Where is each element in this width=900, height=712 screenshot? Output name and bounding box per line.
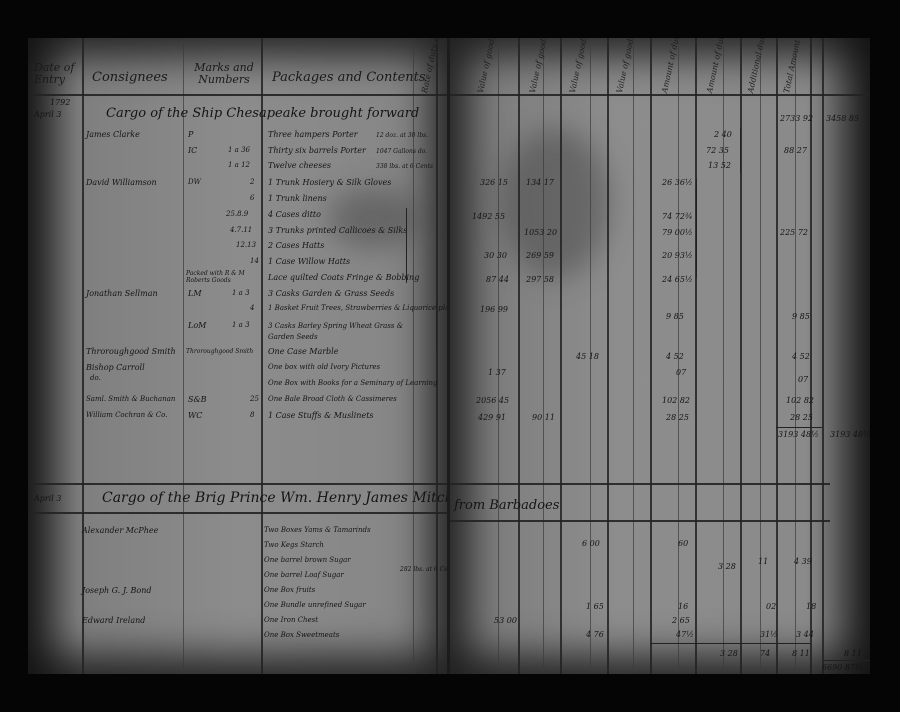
value-7-5pct: 297 58	[526, 275, 554, 284]
column-rule	[607, 38, 609, 674]
section-title: Cargo of the Ship Chesapeake brought for…	[106, 106, 419, 121]
contents: Thirty six barrels Porter	[268, 146, 366, 155]
numbers: 25.8.9	[226, 210, 248, 218]
contents: Two Kegs Starch	[264, 541, 324, 549]
right-ledger-page: Value of goods subject to 5 per cent Val…	[450, 38, 870, 674]
contents: One Case Marble	[268, 347, 338, 356]
consignee: William Cochran & Co.	[86, 411, 167, 419]
column-rule	[776, 38, 778, 674]
contents: 1 Case Stuffs & Muslinets	[268, 411, 374, 420]
numbers: 25	[250, 395, 259, 403]
quantity: 12 doz. at 30 lbs.	[376, 132, 428, 139]
column-rule	[261, 38, 263, 674]
section-rule	[450, 483, 830, 485]
quantity: 338 lbs. at 6 Cents	[376, 163, 433, 170]
header-marks: Marks and Numbers	[190, 62, 258, 86]
section-subtotal: 8 11	[792, 649, 810, 658]
column-rule	[760, 38, 761, 674]
value-7-5pct: 134 17	[526, 178, 554, 187]
column-rule	[82, 38, 84, 674]
adval-duty: 79 00½	[662, 228, 693, 237]
contents: Three hampers Porter	[268, 130, 358, 139]
contents: 1 Case Willow Hatts	[268, 257, 350, 266]
header-packages: Packages and Contents	[272, 72, 426, 84]
section-title-continued: from Barbadoes	[454, 498, 559, 513]
column-rule	[436, 38, 438, 674]
contents: Twelve cheeses	[268, 161, 331, 170]
contents: One Iron Chest	[264, 616, 318, 624]
column-rule	[810, 38, 812, 674]
ink-stain	[500, 128, 610, 278]
column-rule	[695, 38, 697, 674]
row-total: 9 85	[792, 312, 810, 321]
value-7-5pct: 269 59	[526, 251, 554, 260]
left-ledger-page: Date of Entry Consignees Marks and Numbe…	[28, 38, 448, 674]
value-5pct: 429 91	[478, 413, 506, 422]
section-carried: 3193 48½	[830, 430, 870, 439]
mark: IC	[188, 146, 197, 155]
row-total: 07	[798, 375, 808, 384]
value-5pct: 87 44	[486, 275, 509, 284]
section-rule	[450, 520, 830, 522]
adval-duty: 24 65½	[662, 275, 693, 284]
section-rule	[28, 483, 448, 485]
consignee: Jonathan Sellman	[86, 289, 158, 298]
section-title: Cargo of the Brig Prince Wm. Henry James…	[102, 490, 448, 506]
adval-duty: 74 72¾	[662, 212, 693, 221]
mark: P	[188, 130, 193, 139]
column-rule	[518, 38, 520, 674]
carried-total: 3458 85	[826, 114, 859, 123]
value-12-5pct: 6 00	[582, 539, 600, 548]
column-rule	[498, 38, 499, 674]
foreign-duty: 02	[766, 602, 776, 611]
value-5pct: 53 00	[494, 616, 517, 625]
numbers: 1 a 12	[228, 161, 250, 169]
numbers: 6	[250, 194, 254, 202]
value-5pct: 1492 55	[472, 212, 505, 221]
enum-duty: 13 52	[708, 161, 731, 170]
contents: 3 Casks Barley Spring Wheat Grass & Gard…	[268, 321, 418, 343]
numbers: 1 a 3	[232, 321, 250, 329]
numbers: 1 a 36	[228, 146, 250, 154]
contents: Two Boxes Yams & Tamarinds	[264, 526, 371, 534]
adval-duty: 60	[678, 539, 688, 548]
consignee: Edward Ireland	[82, 616, 145, 625]
mark: Throroughgood Smith	[186, 348, 253, 355]
row-total: 18	[806, 602, 816, 611]
mark-note: Packed with R & M Roberts Goods	[186, 270, 256, 284]
adval-duty: 102 82	[662, 396, 690, 405]
value-5pct: 30 30	[484, 251, 507, 260]
mark: DW	[188, 178, 201, 186]
value-12-5pct: 1 65	[586, 602, 604, 611]
consignee: David Williamson	[86, 178, 157, 187]
quantity: 1047 Gallons do.	[376, 148, 427, 155]
adval-duty: 26 36½	[662, 178, 693, 187]
brace-mark	[696, 178, 697, 278]
sum-rule	[822, 660, 870, 661]
sum-rule	[650, 643, 810, 644]
adval-duty: 2 65	[672, 616, 690, 625]
value-10pct: 45 18	[576, 352, 599, 361]
mark: LoM	[188, 321, 206, 330]
contents: 3 Trunks printed Callicoes & Silks	[268, 226, 407, 235]
row-total: 4 39	[794, 557, 812, 566]
row-total: 3 44	[796, 630, 814, 639]
contents: One Box Sweetmeats	[264, 631, 339, 639]
ink-stain	[328, 188, 418, 248]
header-date: Date of Entry	[34, 62, 78, 86]
grand-total: 6690 87½	[822, 663, 863, 672]
brace-mark	[740, 128, 741, 173]
date-year: 1792	[50, 98, 70, 107]
header-rate: Rate of duty on enumerated Articles	[420, 38, 448, 94]
sum-rule	[776, 427, 822, 428]
contents: One barrel brown Sugar	[264, 556, 351, 564]
foreign-duty: 11	[758, 557, 768, 566]
contents: One Bundle unrefined Sugar	[264, 601, 366, 609]
enum-duty: 2 40	[714, 130, 732, 139]
row-total: 28 25	[790, 413, 813, 422]
adval-duty: 47½	[676, 630, 694, 639]
value-5pct: 326 15	[480, 178, 508, 187]
quantity-note: 282 lbs. at 6 Cents	[400, 566, 448, 573]
brace-mark	[436, 300, 437, 350]
adval-duty: 07	[676, 368, 686, 377]
contents: 4 Cases ditto	[268, 210, 321, 219]
mark: WC	[188, 411, 202, 420]
row-total: 4 52	[792, 352, 810, 361]
header-rule	[28, 94, 448, 96]
adval-duty: 20 93½	[662, 251, 693, 260]
section-carried: 8 11	[844, 649, 862, 658]
numbers: 12.13	[236, 241, 256, 249]
brace-mark	[406, 208, 407, 248]
contents: One Box fruits	[264, 586, 315, 594]
value-7-5pct: 1053 20	[524, 228, 557, 237]
contents: 3 Casks Garden & Grass Seeds	[268, 289, 394, 298]
value-5pct: 2056 45	[476, 396, 509, 405]
contents: 2 Cases Hatts	[268, 241, 324, 250]
adval-duty: 9 85	[666, 312, 684, 321]
section-rule	[28, 512, 448, 514]
numbers: 1 a 3	[232, 289, 250, 297]
contents: One barrel Loaf Sugar	[264, 571, 344, 579]
header-rule	[450, 94, 870, 96]
foreign-duty: 31½	[760, 630, 778, 639]
consignee: Bishop Carroll	[86, 363, 145, 372]
adval-duty: 28 25	[666, 413, 689, 422]
adval-duty: 16	[678, 602, 688, 611]
consignee: James Clarke	[86, 130, 140, 139]
brought-forward-total: 2733 92	[780, 114, 813, 123]
foreign-subtotal: 74	[760, 649, 770, 658]
contents: One Box with Books for a Seminary of Lea…	[268, 379, 437, 387]
contents: One box with old Ivory Pictures	[268, 363, 380, 371]
numbers: 4	[250, 304, 254, 312]
header-value-7-5pct: Value of goods subject to 7½ per cent	[528, 38, 569, 94]
row-total: 88 27	[784, 146, 807, 155]
header-total-duties: Total Amount of Duties	[782, 38, 810, 94]
value-5pct: 196 99	[480, 305, 508, 314]
mark: S&B	[188, 395, 206, 404]
consignee: Throroughgood Smith	[86, 347, 176, 356]
consignee: do.	[90, 374, 101, 382]
header-consignees: Consignees	[92, 72, 168, 84]
brace-mark	[406, 243, 407, 283]
header-value-5pct: Value of goods subject to 5 per cent	[476, 38, 515, 94]
column-rule	[560, 38, 562, 674]
date-entry: April 3	[34, 494, 61, 503]
mark: LM	[188, 289, 202, 298]
consignee: Joseph G. J. Bond	[82, 586, 152, 595]
column-rule	[183, 38, 184, 674]
adval-duty: 4 52	[666, 352, 684, 361]
column-rule	[633, 38, 634, 674]
column-rule	[822, 38, 824, 674]
row-total: 102 82	[786, 396, 814, 405]
value-5pct: 1 37	[488, 368, 506, 377]
column-rule	[650, 38, 652, 674]
enum-duty: 3 28	[718, 562, 736, 571]
header-value-10pct: Value of goods subject to 10 per cent	[568, 38, 608, 94]
row-total: 225 72	[780, 228, 808, 237]
numbers: 2	[250, 178, 254, 186]
enum-subtotal: 3 28	[720, 649, 738, 658]
numbers: 8	[250, 411, 254, 419]
consignee: Alexander McPhee	[82, 526, 158, 535]
column-rule	[543, 38, 544, 674]
numbers: 14	[250, 257, 259, 265]
contents: 1 Basket Fruit Trees, Strawberries & Liq…	[268, 304, 448, 312]
value-12-5pct: 4 76	[586, 630, 604, 639]
enum-duty: 72 35	[706, 146, 729, 155]
section-total: 3193 48½	[778, 430, 819, 439]
contents: 1 Trunk Hosiery & Silk Gloves	[268, 178, 391, 187]
value-7-5pct: 90 11	[532, 413, 555, 422]
numbers: 4.7.11	[230, 226, 252, 234]
header-enumerated-duties: Amount of duties on enumerated Articles	[705, 38, 749, 94]
contents: 1 Trunk linens	[268, 194, 327, 203]
date-entry: April 3	[34, 110, 61, 119]
contents: One Bale Broad Cloth & Cassimeres	[268, 395, 397, 403]
contents: Lace quilted Coats Fringe & Bobbing	[268, 273, 419, 282]
consignee: Saml. Smith & Buchanan	[86, 395, 175, 403]
